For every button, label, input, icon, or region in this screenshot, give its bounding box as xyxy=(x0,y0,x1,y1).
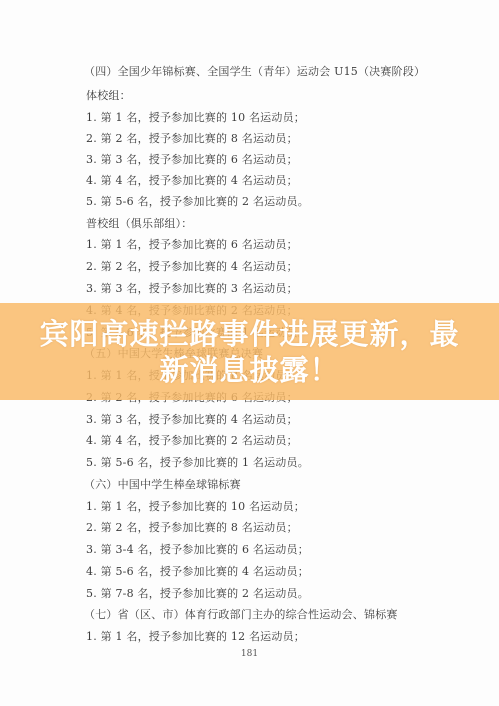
headline-title-line-1: 宾阳高速拦路事件进展更新，最 xyxy=(0,316,499,352)
list-item: 2. 第 2 名，授予参加比赛的 4 名运动员； xyxy=(86,260,298,274)
list-item: 1. 第 1 名，授予参加比赛的 10 名运动员； xyxy=(86,500,305,514)
list-item: 5. 第 7-8 名，授予参加比赛的 2 名运动员。 xyxy=(86,587,309,601)
list-item: 2. 第 2 名，授予参加比赛的 8 名运动员； xyxy=(86,132,298,146)
list-item: 2. 第 2 名，授予参加比赛的 8 名运动员； xyxy=(86,521,298,535)
list-item: 5. 第 5-6 名，授予参加比赛的 2 名运动员。 xyxy=(86,195,309,209)
section-heading: （六）中国中学生棒垒球锦标赛 xyxy=(84,478,241,492)
list-item: 1. 第 1 名，授予参加比赛的 12 名运动员； xyxy=(86,630,305,644)
page-number: 181 xyxy=(0,649,499,659)
section-heading: （四）全国少年锦标赛、全国学生（青年）运动会 U15（决赛阶段） xyxy=(84,65,425,79)
list-item: 3. 第 3 名，授予参加比赛的 6 名运动员； xyxy=(86,153,298,167)
list-item: 3. 第 3 名，授予参加比赛的 3 名运动员； xyxy=(86,282,298,296)
headline-title[interactable]: 宾阳高速拦路事件进展更新，最 新消息披露！ xyxy=(0,316,499,388)
list-item: 3. 第 3-4 名，授予参加比赛的 6 名运动员； xyxy=(86,543,309,557)
group-heading: 普校组（俱乐部组）： xyxy=(86,217,193,231)
list-item: 4. 第 4 名，授予参加比赛的 2 名运动员； xyxy=(86,434,298,448)
list-item: 1. 第 1 名，授予参加比赛的 10 名运动员； xyxy=(86,111,305,125)
headline-title-line-2: 新消息披露！ xyxy=(0,352,499,388)
group-heading: 体校组： xyxy=(86,89,131,103)
section-heading: （七）省（区、市）体育行政部门主办的综合性运动会、锦标赛 xyxy=(84,608,398,622)
list-item: 4. 第 4 名，授予参加比赛的 4 名运动员； xyxy=(86,174,298,188)
list-item: 1. 第 1 名，授予参加比赛的 6 名运动员； xyxy=(86,238,298,252)
list-item: 3. 第 3 名，授予参加比赛的 4 名运动员； xyxy=(86,413,298,427)
list-item: 5. 第 5-6 名，授予参加比赛的 1 名运动员。 xyxy=(86,456,309,470)
list-item: 4. 第 5-6 名，授予参加比赛的 4 名运动员； xyxy=(86,565,309,579)
